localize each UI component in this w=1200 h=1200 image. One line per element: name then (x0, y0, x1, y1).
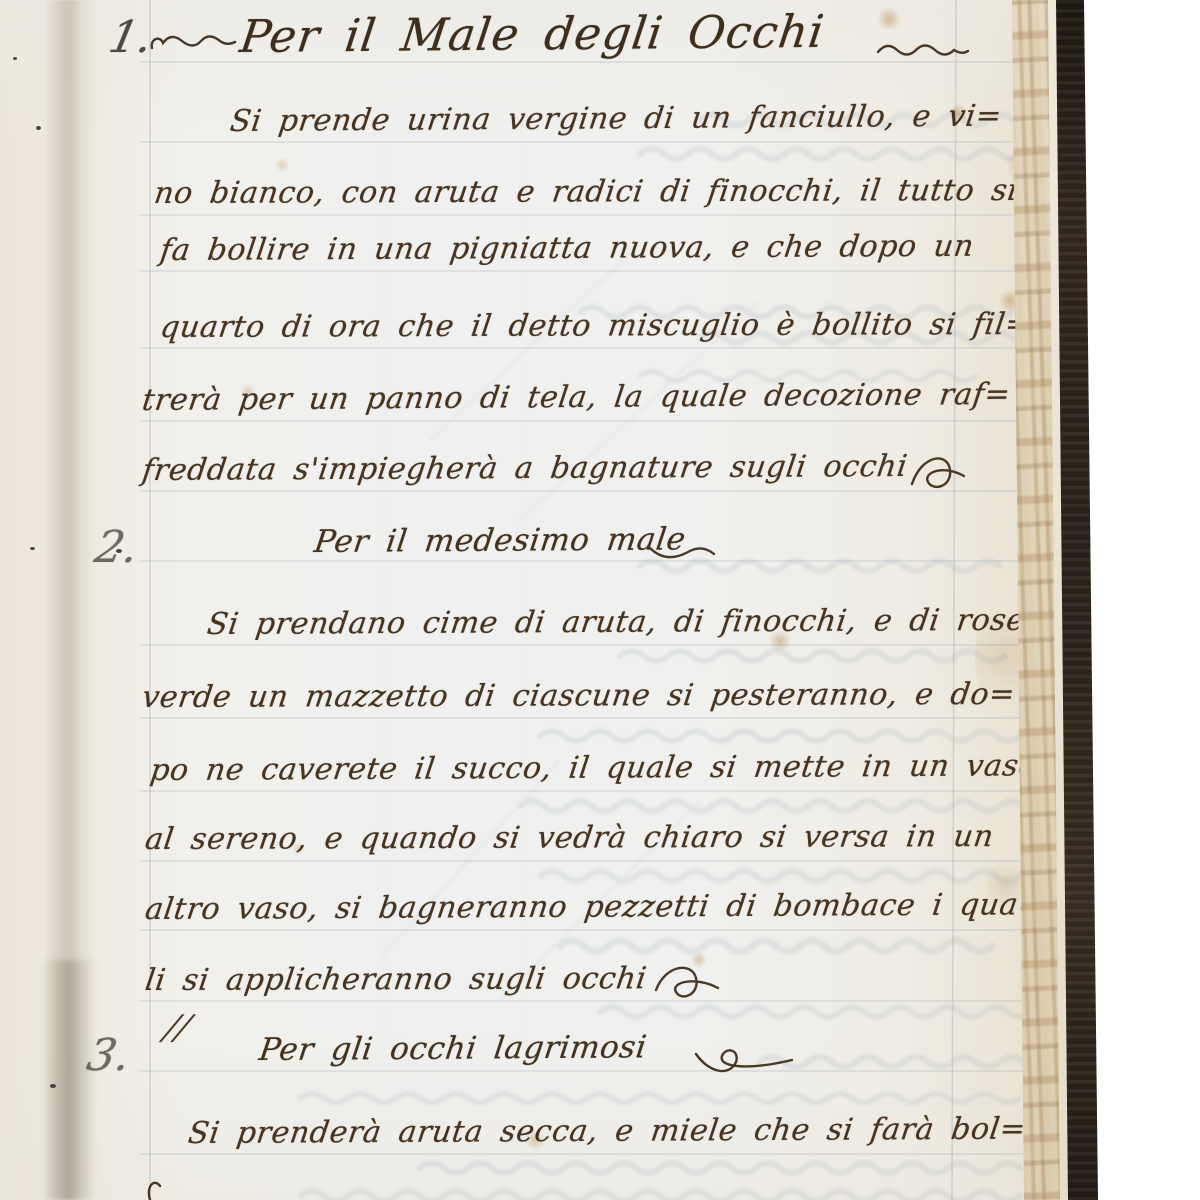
text-line: Si prenderà aruta secca, e miele che si … (186, 1112, 1028, 1151)
text-line: altro vaso, si bagneranno pezzetti di bo… (143, 887, 1046, 927)
text-line: al sereno, e quando si vedrà chiaro si v… (143, 819, 996, 857)
text-line: quarto di ora che il detto miscuglio è b… (158, 307, 1033, 345)
section-1-heading: Per il Male degli Occhi (237, 5, 828, 63)
text-line: verde un mazzetto di ciascune si pestera… (140, 677, 1017, 715)
text-line: trerà per un panno di tela, la quale dec… (140, 377, 1013, 418)
text-line: freddata s'impiegherà a bagnature sugli … (140, 449, 910, 488)
text-line: Si prende urina vergine di un fanciullo,… (228, 99, 1004, 139)
text-line: li si applicheranno sugli occhi (143, 961, 649, 998)
photo-stage: 1. 2. 3. Per il Male degli Occhi Si pren… (0, 0, 1200, 1200)
text-line: po ne caverete il succo, il quale si met… (148, 748, 1040, 788)
text-line: Si prendano cime di aruta, di finocchi, … (205, 603, 1027, 642)
text-line: fa bollire in una pigniatta nuova, e che… (158, 229, 976, 268)
text-line: no bianco, con aruta e radici di finocch… (152, 173, 1020, 211)
section-2-heading: Per il medesimo male (312, 521, 688, 560)
section-3-heading: Per gli occhi lagrimosi (257, 1029, 649, 1068)
